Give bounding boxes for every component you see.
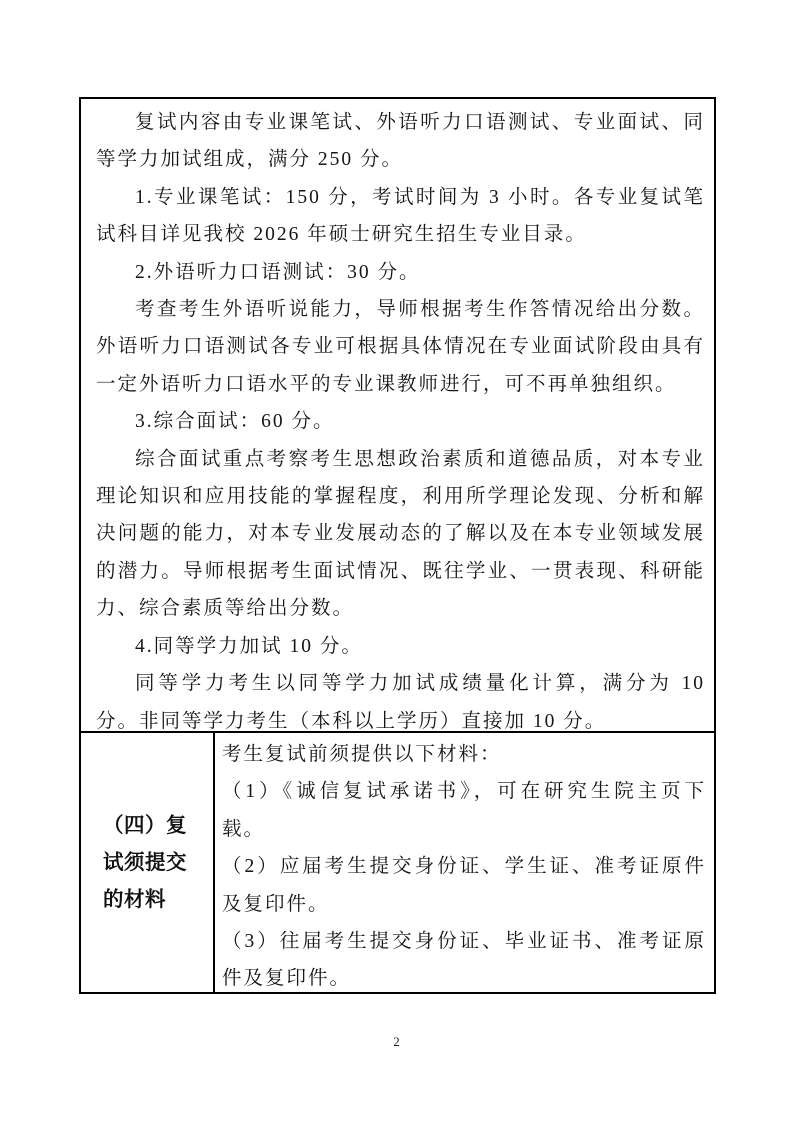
materials-row: （四）复试须提交的材料 考生复试前须提供以下材料： （1）《诚信复试承诺书》，可… [81, 733, 714, 992]
page-number: 2 [0, 1033, 793, 1051]
paragraph: （2）应届考生提交身份证、学生证、准考证原件及复印件。 [222, 848, 706, 923]
materials-header-cell: （四）复试须提交的材料 [81, 733, 215, 992]
section-header: （四）复试须提交的材料 [103, 807, 191, 918]
content-table: 复试内容由专业课笔试、外语听力口语测试、专业面试、同等学力加试组成，满分 250… [79, 97, 716, 994]
paragraph: 考查考生外语听说能力，导师根据考生作答情况给出分数。外语听力口语测试各专业可根据… [96, 291, 705, 403]
paragraph: 1.专业课笔试：150 分，考试时间为 3 小时。各专业复试笔试科目详见我校 2… [96, 179, 705, 254]
paragraph: 同等学力考生以同等学力加试成绩量化计算，满分为 10 分。非同等学力考生（本科以… [96, 665, 705, 733]
paragraph: 2.外语听力口语测试：30 分。 [96, 254, 705, 291]
paragraph: （1）《诚信复试承诺书》，可在研究生院主页下载。 [222, 773, 706, 848]
paragraph: 4.同等学力加试 10 分。 [96, 628, 705, 665]
paragraph: 3.综合面试：60 分。 [96, 403, 705, 440]
paragraph: 复试内容由专业课笔试、外语听力口语测试、专业面试、同等学力加试组成，满分 250… [96, 104, 705, 179]
recheck-content-cell: 复试内容由专业课笔试、外语听力口语测试、专业面试、同等学力加试组成，满分 250… [81, 99, 714, 733]
paragraph: （3）往届考生提交身份证、毕业证书、准考证原件及复印件。 [222, 923, 706, 992]
paragraph: 综合面试重点考察考生思想政治素质和道德品质，对本专业理论知识和应用技能的掌握程度… [96, 441, 705, 628]
document-page: 复试内容由专业课笔试、外语听力口语测试、专业面试、同等学力加试组成，满分 250… [0, 0, 793, 1122]
materials-content-cell: 考生复试前须提供以下材料： （1）《诚信复试承诺书》，可在研究生院主页下载。 （… [215, 733, 714, 992]
paragraph: 考生复试前须提供以下材料： [222, 736, 706, 773]
